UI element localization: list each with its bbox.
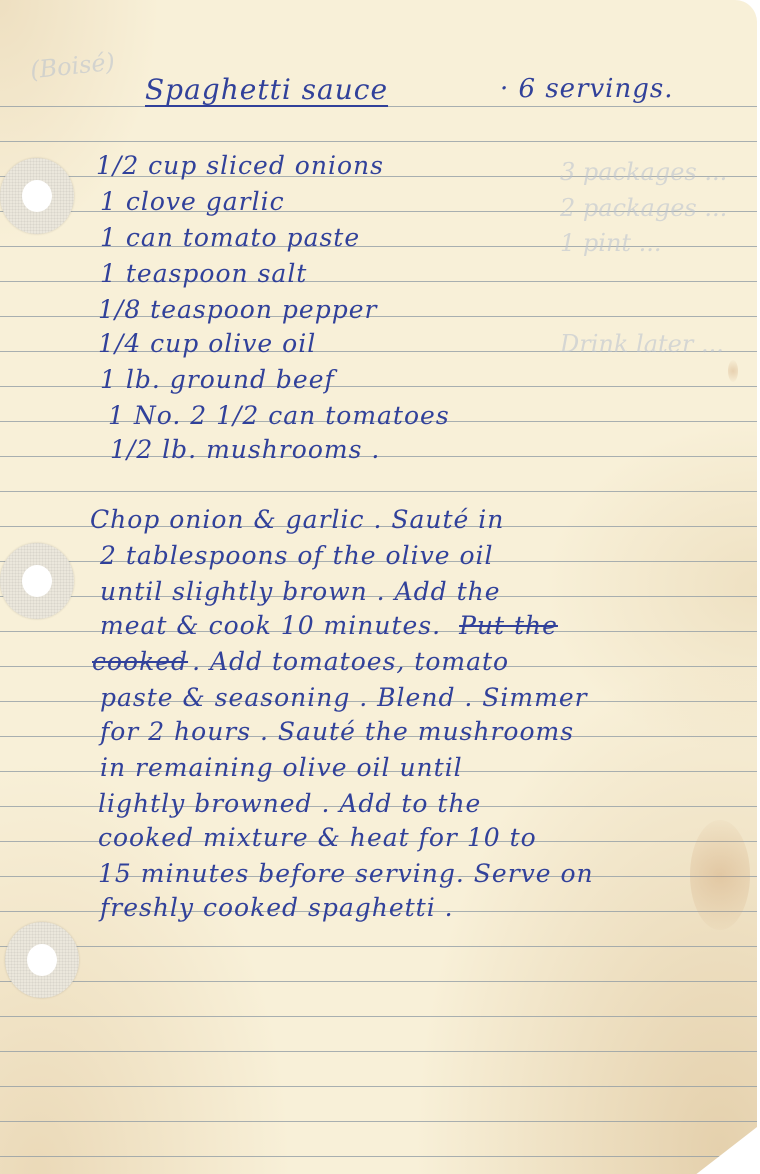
ingredient: 1/2 lb. mushrooms . xyxy=(110,432,380,467)
method-line: 15 minutes before serving. Serve on xyxy=(98,856,594,891)
method-line: paste & seasoning . Blend . Simmer xyxy=(100,680,588,715)
ruled-line xyxy=(0,1086,757,1087)
method-line: cooked . Add tomatoes, tomato xyxy=(92,644,509,679)
ruled-line xyxy=(0,981,757,982)
method-text: meat & cook 10 minutes. xyxy=(100,611,441,640)
ruled-line xyxy=(0,1016,757,1017)
method-text: . Add tomatoes, tomato xyxy=(192,647,509,676)
method-line: in remaining olive oil until xyxy=(100,750,463,785)
bleed-through-line: Drink later ... xyxy=(560,330,724,358)
binder-hole-top xyxy=(0,158,74,234)
ruled-line xyxy=(0,1156,757,1157)
ingredient: 1 can tomato paste xyxy=(100,220,360,255)
bleed-through-line: 2 packages ... xyxy=(560,194,727,222)
struck-out-text: cooked xyxy=(92,647,188,676)
recipe-title: Spaghetti sauce xyxy=(145,72,388,107)
binder-hole-bottom xyxy=(5,922,79,998)
ingredient: 1 lb. ground beef xyxy=(100,362,335,397)
servings: · 6 servings. xyxy=(500,72,674,107)
stain xyxy=(690,820,750,930)
method-line: 2 tablespoons of the olive oil xyxy=(100,538,494,573)
ruled-line xyxy=(0,1051,757,1052)
recipe-card: (Boisé) 3 packages ... 2 packages ... 1 … xyxy=(0,0,757,1174)
method-line: Chop onion & garlic . Sauté in xyxy=(90,502,504,537)
method-line: for 2 hours . Sauté the mushrooms xyxy=(100,714,574,749)
ruled-line xyxy=(0,946,757,947)
method-line: meat & cook 10 minutes. Put the xyxy=(100,608,558,643)
ruled-line xyxy=(0,491,757,492)
method-line: until slightly brown . Add the xyxy=(100,574,501,609)
ingredient: 1/8 teaspoon pepper xyxy=(98,292,377,327)
method-line: freshly cooked spaghetti . xyxy=(100,890,454,925)
ruled-line xyxy=(0,1121,757,1122)
method-line: lightly browned . Add to the xyxy=(98,786,481,821)
stain xyxy=(728,360,738,382)
bleed-through-line: 1 pint ... xyxy=(560,229,662,257)
ingredient: 1 No. 2 1/2 can tomatoes xyxy=(108,398,450,433)
ingredient: 1/2 cup sliced onions xyxy=(96,148,384,183)
method-line: cooked mixture & heat for 10 to xyxy=(98,820,537,855)
ruled-line xyxy=(0,141,757,142)
bleed-through-line: 3 packages ... xyxy=(560,158,727,186)
ingredient: 1 teaspoon salt xyxy=(100,256,307,291)
binder-hole-middle xyxy=(0,543,74,619)
corner-note: (Boisé) xyxy=(29,48,116,85)
struck-out-text: Put the xyxy=(459,611,558,640)
ingredient: 1/4 cup olive oil xyxy=(98,326,316,361)
ingredient: 1 clove garlic xyxy=(100,184,285,219)
